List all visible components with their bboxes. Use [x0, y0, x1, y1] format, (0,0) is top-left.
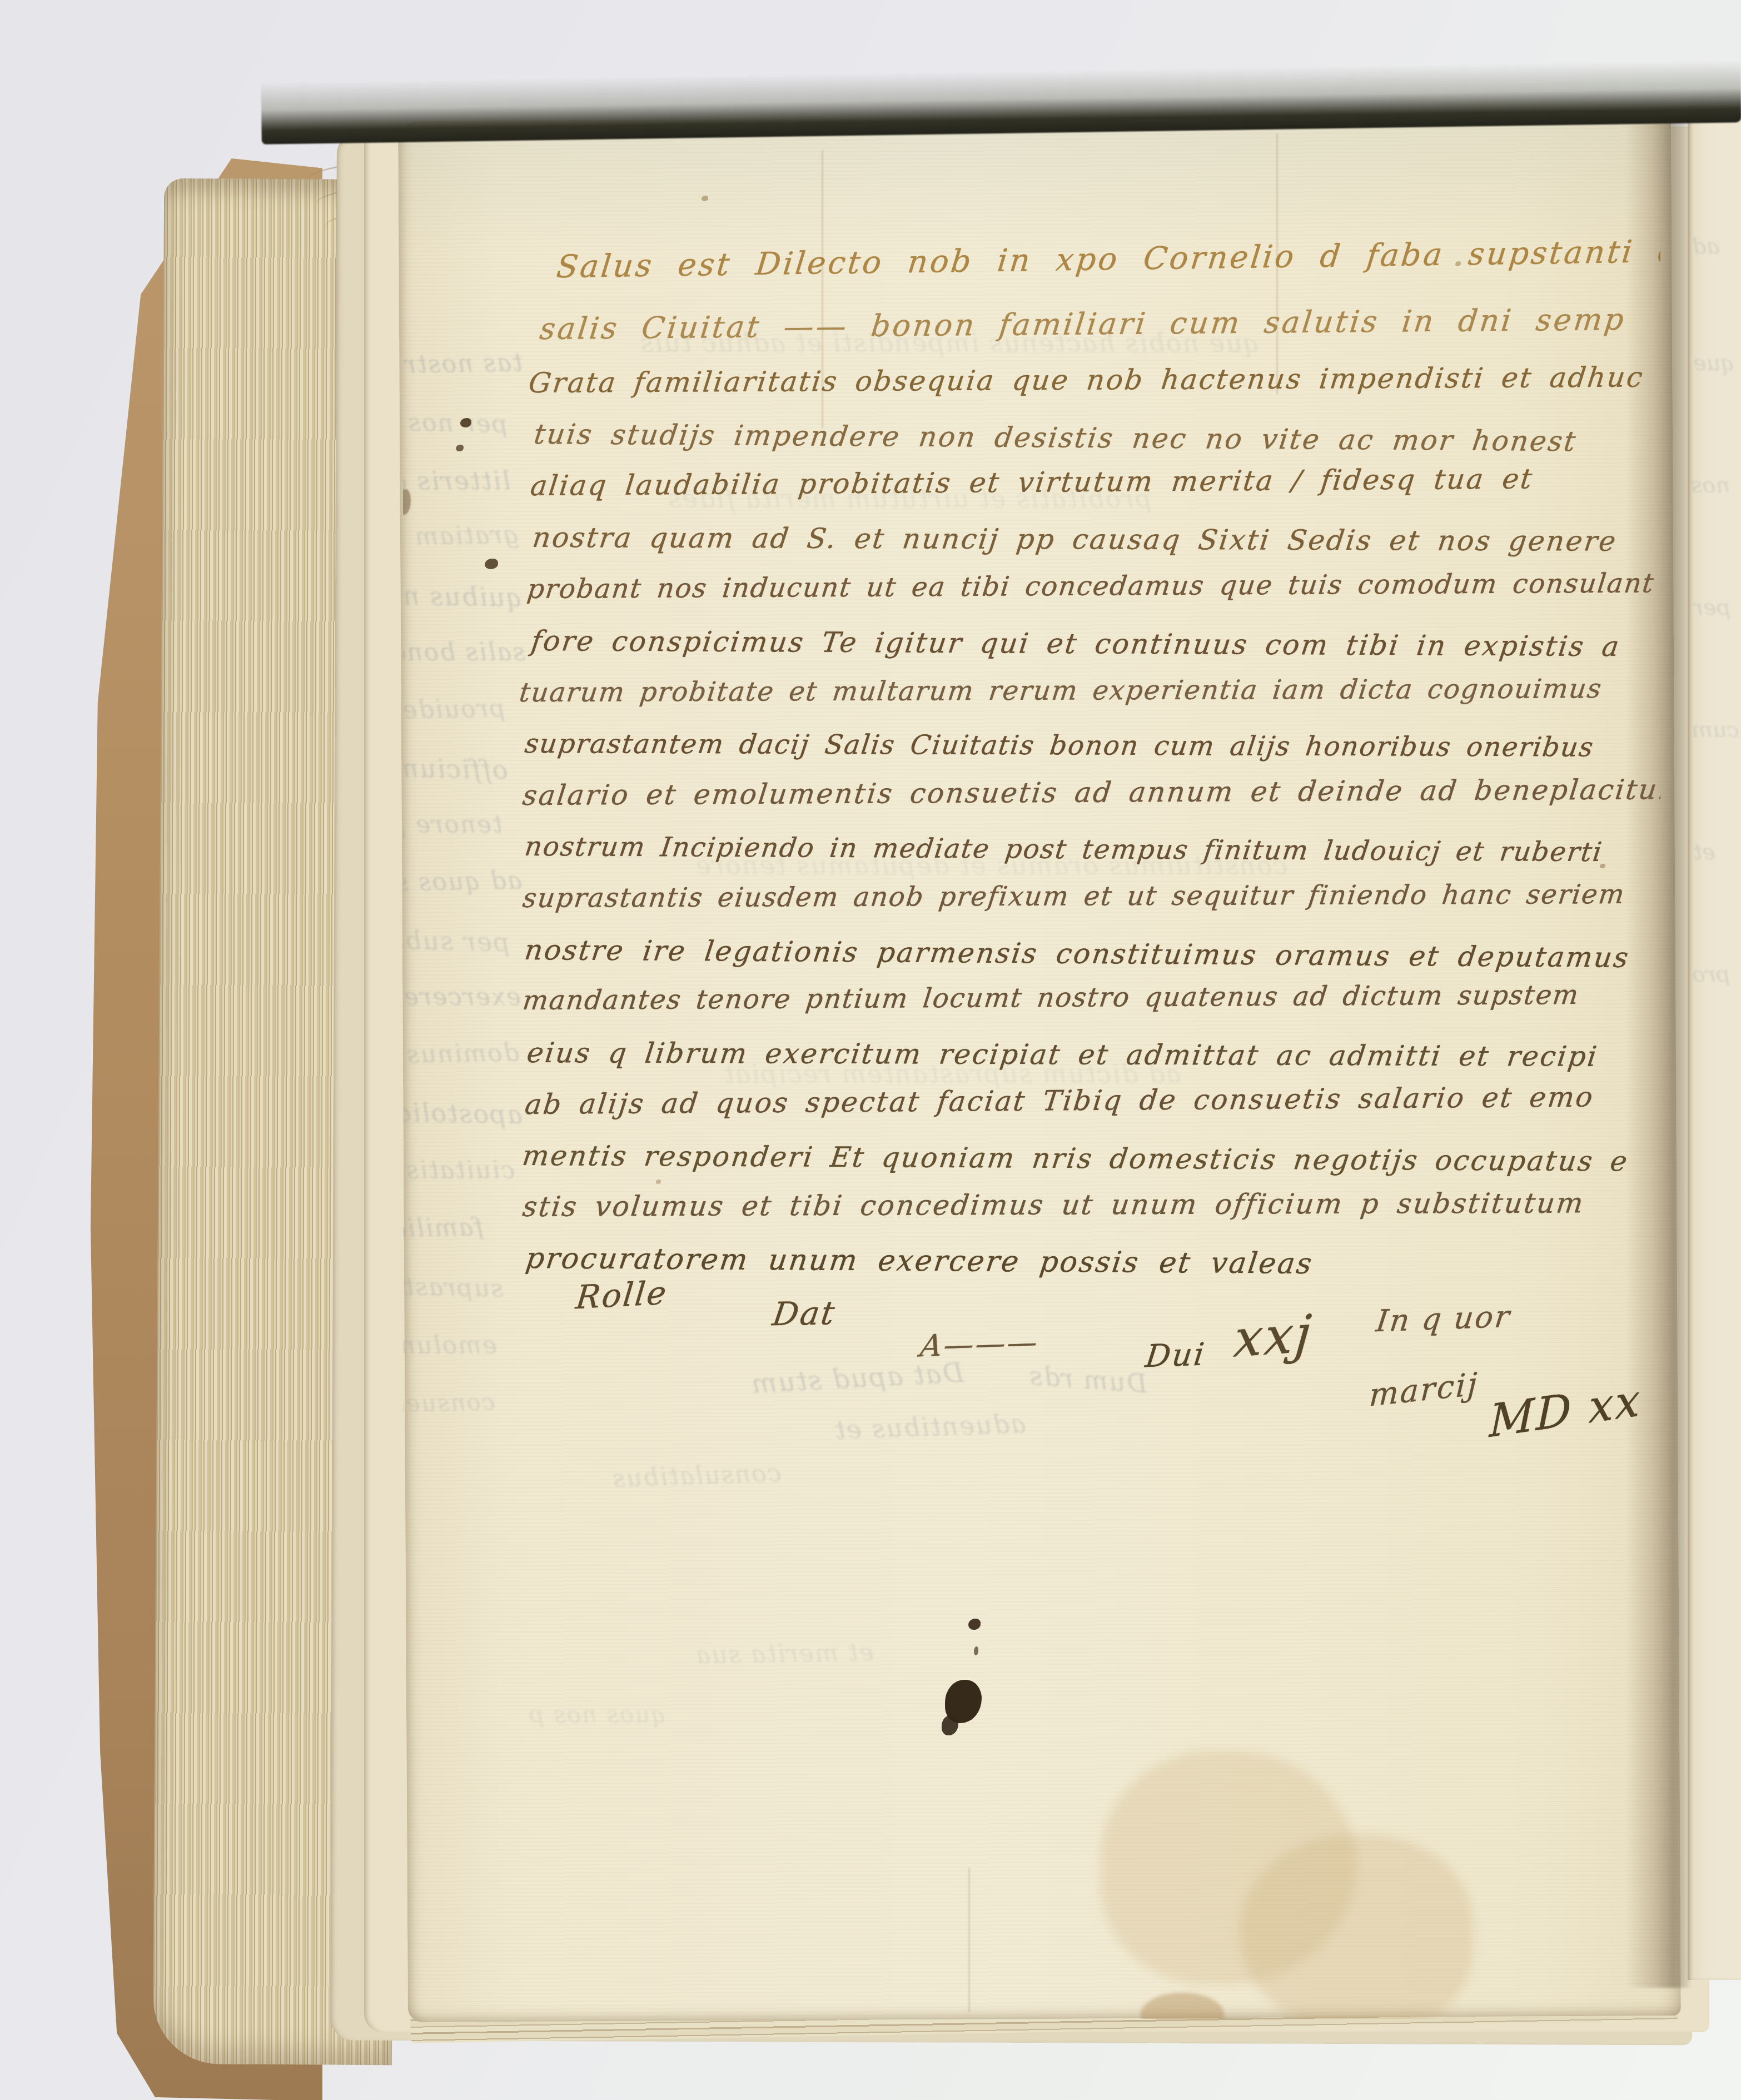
bleedthrough-text: ad quos spectat: [403, 867, 522, 899]
next-leaf-sliver: adquenospercumetpro: [1688, 106, 1741, 1980]
manuscript-line: tuis studijs impendere non desistis nec …: [532, 418, 1579, 457]
ink-speck: [656, 1180, 661, 1184]
dateline-flourish: A———: [918, 1325, 1041, 1364]
bleedthrough-text: officium nrum: [403, 752, 508, 785]
bleedthrough-text: pro: [1692, 962, 1730, 987]
bleedthrough-text: per: [1693, 595, 1730, 620]
dateline-closing: In q uor: [1374, 1299, 1513, 1339]
bleedthrough-text: emolumentis: [403, 1331, 497, 1360]
water-stain: [1240, 1834, 1473, 2019]
bleedthrough-text: familiaris nr: [403, 1213, 484, 1244]
bleedthrough-text: quos nos p: [528, 1701, 666, 1728]
ink-speck: [456, 445, 464, 451]
manuscript-line: aliaq laudabilia probitatis et virtutum …: [529, 462, 1535, 502]
bleedthrough-text: gratiam merita: [403, 521, 519, 553]
manuscript-line: suprastantis eiusdem anob prefixum et ut…: [521, 879, 1626, 914]
bleedthrough-text: que: [1693, 350, 1735, 376]
water-stain: [1101, 1751, 1356, 1984]
ink-speck: [403, 489, 411, 515]
dateline-dominus: Dui: [1143, 1336, 1208, 1375]
manuscript-line: Grata familiaritatis obsequia que nob ha…: [527, 361, 1646, 399]
ink-speck: [974, 1646, 978, 1655]
manuscript-line: mentis responderi Et quoniam nris domest…: [521, 1139, 1631, 1177]
bleedthrough-text: Dat apud stum: [750, 1357, 965, 1400]
bleedthrough-text: ad: [1692, 233, 1719, 259]
bleedthrough-text: salis bonon cum: [403, 638, 525, 666]
ink-blot: [942, 1715, 958, 1735]
bleedthrough-text: Dum rds: [1027, 1361, 1148, 1399]
bleedthrough-text: suprastantem: [403, 1271, 504, 1303]
bleedthrough-text: cum: [1692, 717, 1739, 743]
scanned-manuscript-page: tas nostre queper nos atquelitteris conu…: [0, 0, 1741, 2100]
gutter-curl-shadow: [1626, 109, 1692, 1988]
dateline-year: MD xx: [1489, 1374, 1642, 1447]
dateline-day: xxj: [1232, 1303, 1315, 1369]
bleedthrough-text: litteris conual: [403, 466, 510, 496]
manuscript-line: mandantes tenore pntium locumt nostro qu…: [521, 979, 1581, 1016]
bleedthrough-text: consuetis ad: [403, 1388, 495, 1418]
manuscript-line: fore conspicimus Te igitur qui et contin…: [530, 625, 1623, 663]
dateline-month: marcij: [1369, 1366, 1480, 1414]
bleedthrough-text: exercere valeas: [403, 983, 521, 1011]
bleedthrough-text: quibus nostram: [403, 579, 523, 613]
bleedthrough-text: consulatibus: [611, 1459, 782, 1494]
bleedthrough-text: et: [1693, 839, 1715, 865]
manuscript-line: nostra quam ad S. et nuncij pp causaq Si…: [531, 521, 1619, 558]
manuscript-line: suprastantem dacij Salis Ciuitatis bonon…: [523, 728, 1596, 763]
bleedthrough-text: prouidemus at: [403, 694, 505, 726]
manuscript-line: ab alijs ad quos spectat faciat Tibiq de…: [523, 1081, 1596, 1121]
ink-speck: [702, 196, 708, 201]
manuscript-line: Salus est Dilecto nob in xpo Cornelio d …: [555, 233, 1660, 285]
dateline-place: Rolle: [574, 1273, 670, 1316]
bleedthrough-text: ciuitatis bonon: [403, 1156, 515, 1185]
bleedthrough-text: tas nostre que: [403, 349, 523, 380]
bleedthrough-text: et merita sua: [695, 1638, 874, 1670]
ink-speck: [485, 559, 498, 569]
bleedthrough-text: nos: [1691, 472, 1730, 498]
manuscript-line: nostre ire legationis parmensis constitu…: [523, 934, 1631, 974]
manuscript-line: probant nos inducunt ut ea tibi concedam…: [525, 568, 1656, 605]
manuscript-line: eius q librum exercitum recipiat et admi…: [525, 1037, 1600, 1073]
water-stain: [1141, 1993, 1224, 2019]
bleedthrough-text: per substitutu: [403, 924, 510, 957]
ink-speck: [968, 1619, 981, 1630]
bleedthrough-text: dominus noster: [403, 1039, 519, 1071]
manuscript-line: nostrum Incipiendo in mediate post tempu…: [523, 831, 1605, 868]
manuscript-line: salario et emolumentis consuetis ad annu…: [521, 773, 1660, 812]
dateline-dat: Dat: [770, 1294, 838, 1333]
bleedthrough-text: tenore pntium: [403, 810, 503, 839]
bleedthrough-text: apostolica sede: [403, 1096, 523, 1130]
page-content: tas nostre queper nos atquelitteris conu…: [403, 118, 1660, 2019]
bleedthrough-text: per nos atque: [403, 407, 508, 439]
manuscript-line: tuarum probitate et multarum rerum exper…: [518, 673, 1604, 708]
bleedthrough-text: aduentibus et: [833, 1409, 1026, 1445]
manuscript-line: stis volumus et tibi concedimus ut unum …: [521, 1187, 1586, 1223]
manuscript-line: salis Ciuitat —— bonon familiari cum sal…: [538, 302, 1628, 346]
ink-speck: [1600, 864, 1605, 868]
